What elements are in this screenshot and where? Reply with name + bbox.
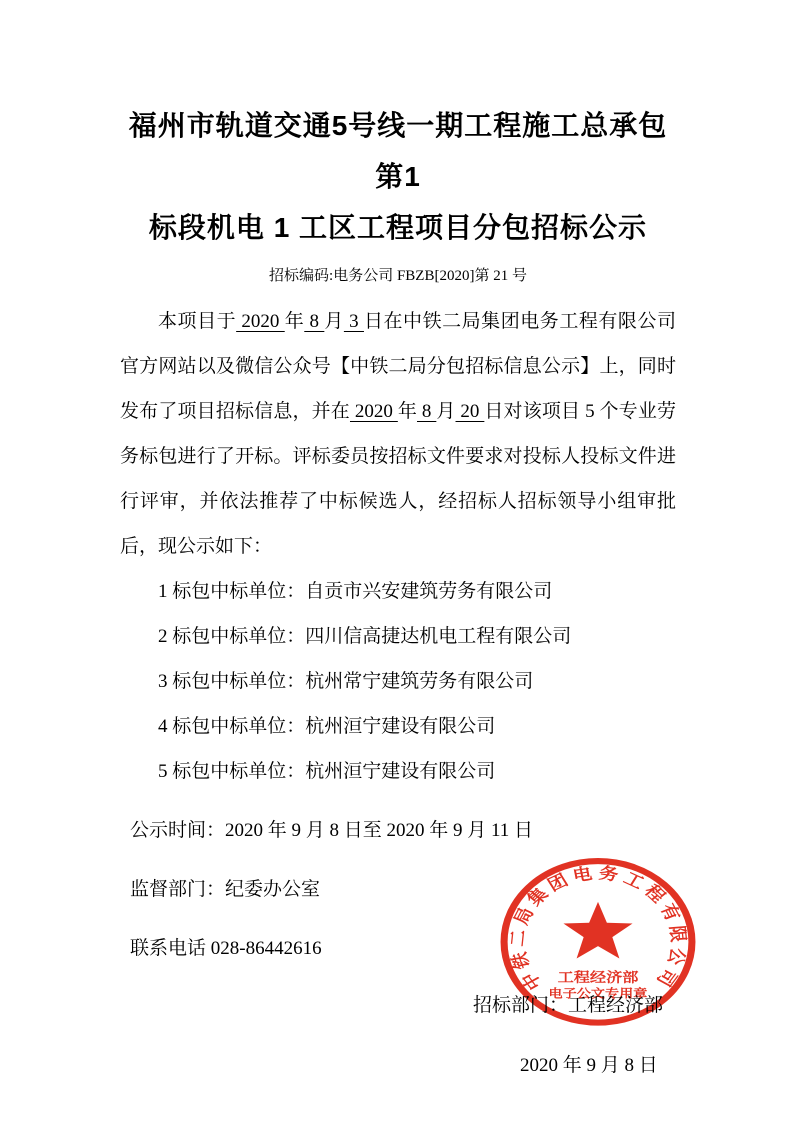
signature-block: 招标部门：工程经济部 2020 年 9 月 8 日 <box>120 983 676 1088</box>
paragraph-text: 年 <box>398 401 417 422</box>
bid-code-line: 招标编码:电务公司 FBZB[2020]第 21 号 <box>120 265 676 287</box>
winner-item-3: 3 标包中标单位：杭州常宁建筑劳务有限公司 <box>120 659 676 704</box>
supervision-department: 监督部门：纪委办公室 <box>120 867 676 912</box>
document-content: 福州市轨道交通5号线一期工程施工总承包第1 标段机电 1 工区工程项目分包招标公… <box>0 0 794 1088</box>
title-line-1: 福州市轨道交通5号线一期工程施工总承包第1 <box>120 100 676 202</box>
document-page: 福州市轨道交通5号线一期工程施工总承包第1 标段机电 1 工区工程项目分包招标公… <box>0 0 794 1123</box>
winner-list: 1 标包中标单位：自贡市兴安建筑劳务有限公司 2 标包中标单位：四川信高捷达机电… <box>120 569 676 794</box>
underlined-year: 2020 <box>350 401 398 422</box>
signature-date-line: 2020 年 9 月 8 日 <box>120 1043 676 1088</box>
contact-phone: 联系电话 028-86442616 <box>120 926 676 971</box>
paragraph-text: 年 <box>285 311 305 332</box>
document-title: 福州市轨道交通5号线一期工程施工总承包第1 标段机电 1 工区工程项目分包招标公… <box>120 100 676 253</box>
bid-department-line: 招标部门：工程经济部 <box>120 983 676 1028</box>
paragraph-text: 月 <box>436 401 455 422</box>
winner-item-5: 5 标包中标单位：杭州洹宁建设有限公司 <box>120 749 676 794</box>
underlined-month: 8 <box>417 401 436 422</box>
paragraph-text: 本项目于 <box>158 311 236 332</box>
publicity-period: 公示时间：2020 年 9 月 8 日至 2020 年 9 月 11 日 <box>120 808 676 853</box>
announcement-paragraph: 本项目于 2020 年 8 月 3 日在中铁二局集团电务工程有限公司官方网站以及… <box>120 299 676 569</box>
underlined-day: 20 <box>456 401 485 422</box>
title-line-2: 标段机电 1 工区工程项目分包招标公示 <box>120 202 676 253</box>
paragraph-text: 月 <box>324 311 344 332</box>
winner-item-1: 1 标包中标单位：自贡市兴安建筑劳务有限公司 <box>120 569 676 614</box>
paragraph-text: 日对该项目 5 个专业劳务标包进行了开标。评标委员按招标文件要求对投标人投标文件… <box>120 401 676 557</box>
winner-item-2: 2 标包中标单位：四川信高捷达机电工程有限公司 <box>120 614 676 659</box>
underlined-year: 2020 <box>236 311 285 332</box>
underlined-month: 8 <box>304 311 324 332</box>
winner-item-4: 4 标包中标单位：杭州洹宁建设有限公司 <box>120 704 676 749</box>
underlined-day: 3 <box>344 311 364 332</box>
